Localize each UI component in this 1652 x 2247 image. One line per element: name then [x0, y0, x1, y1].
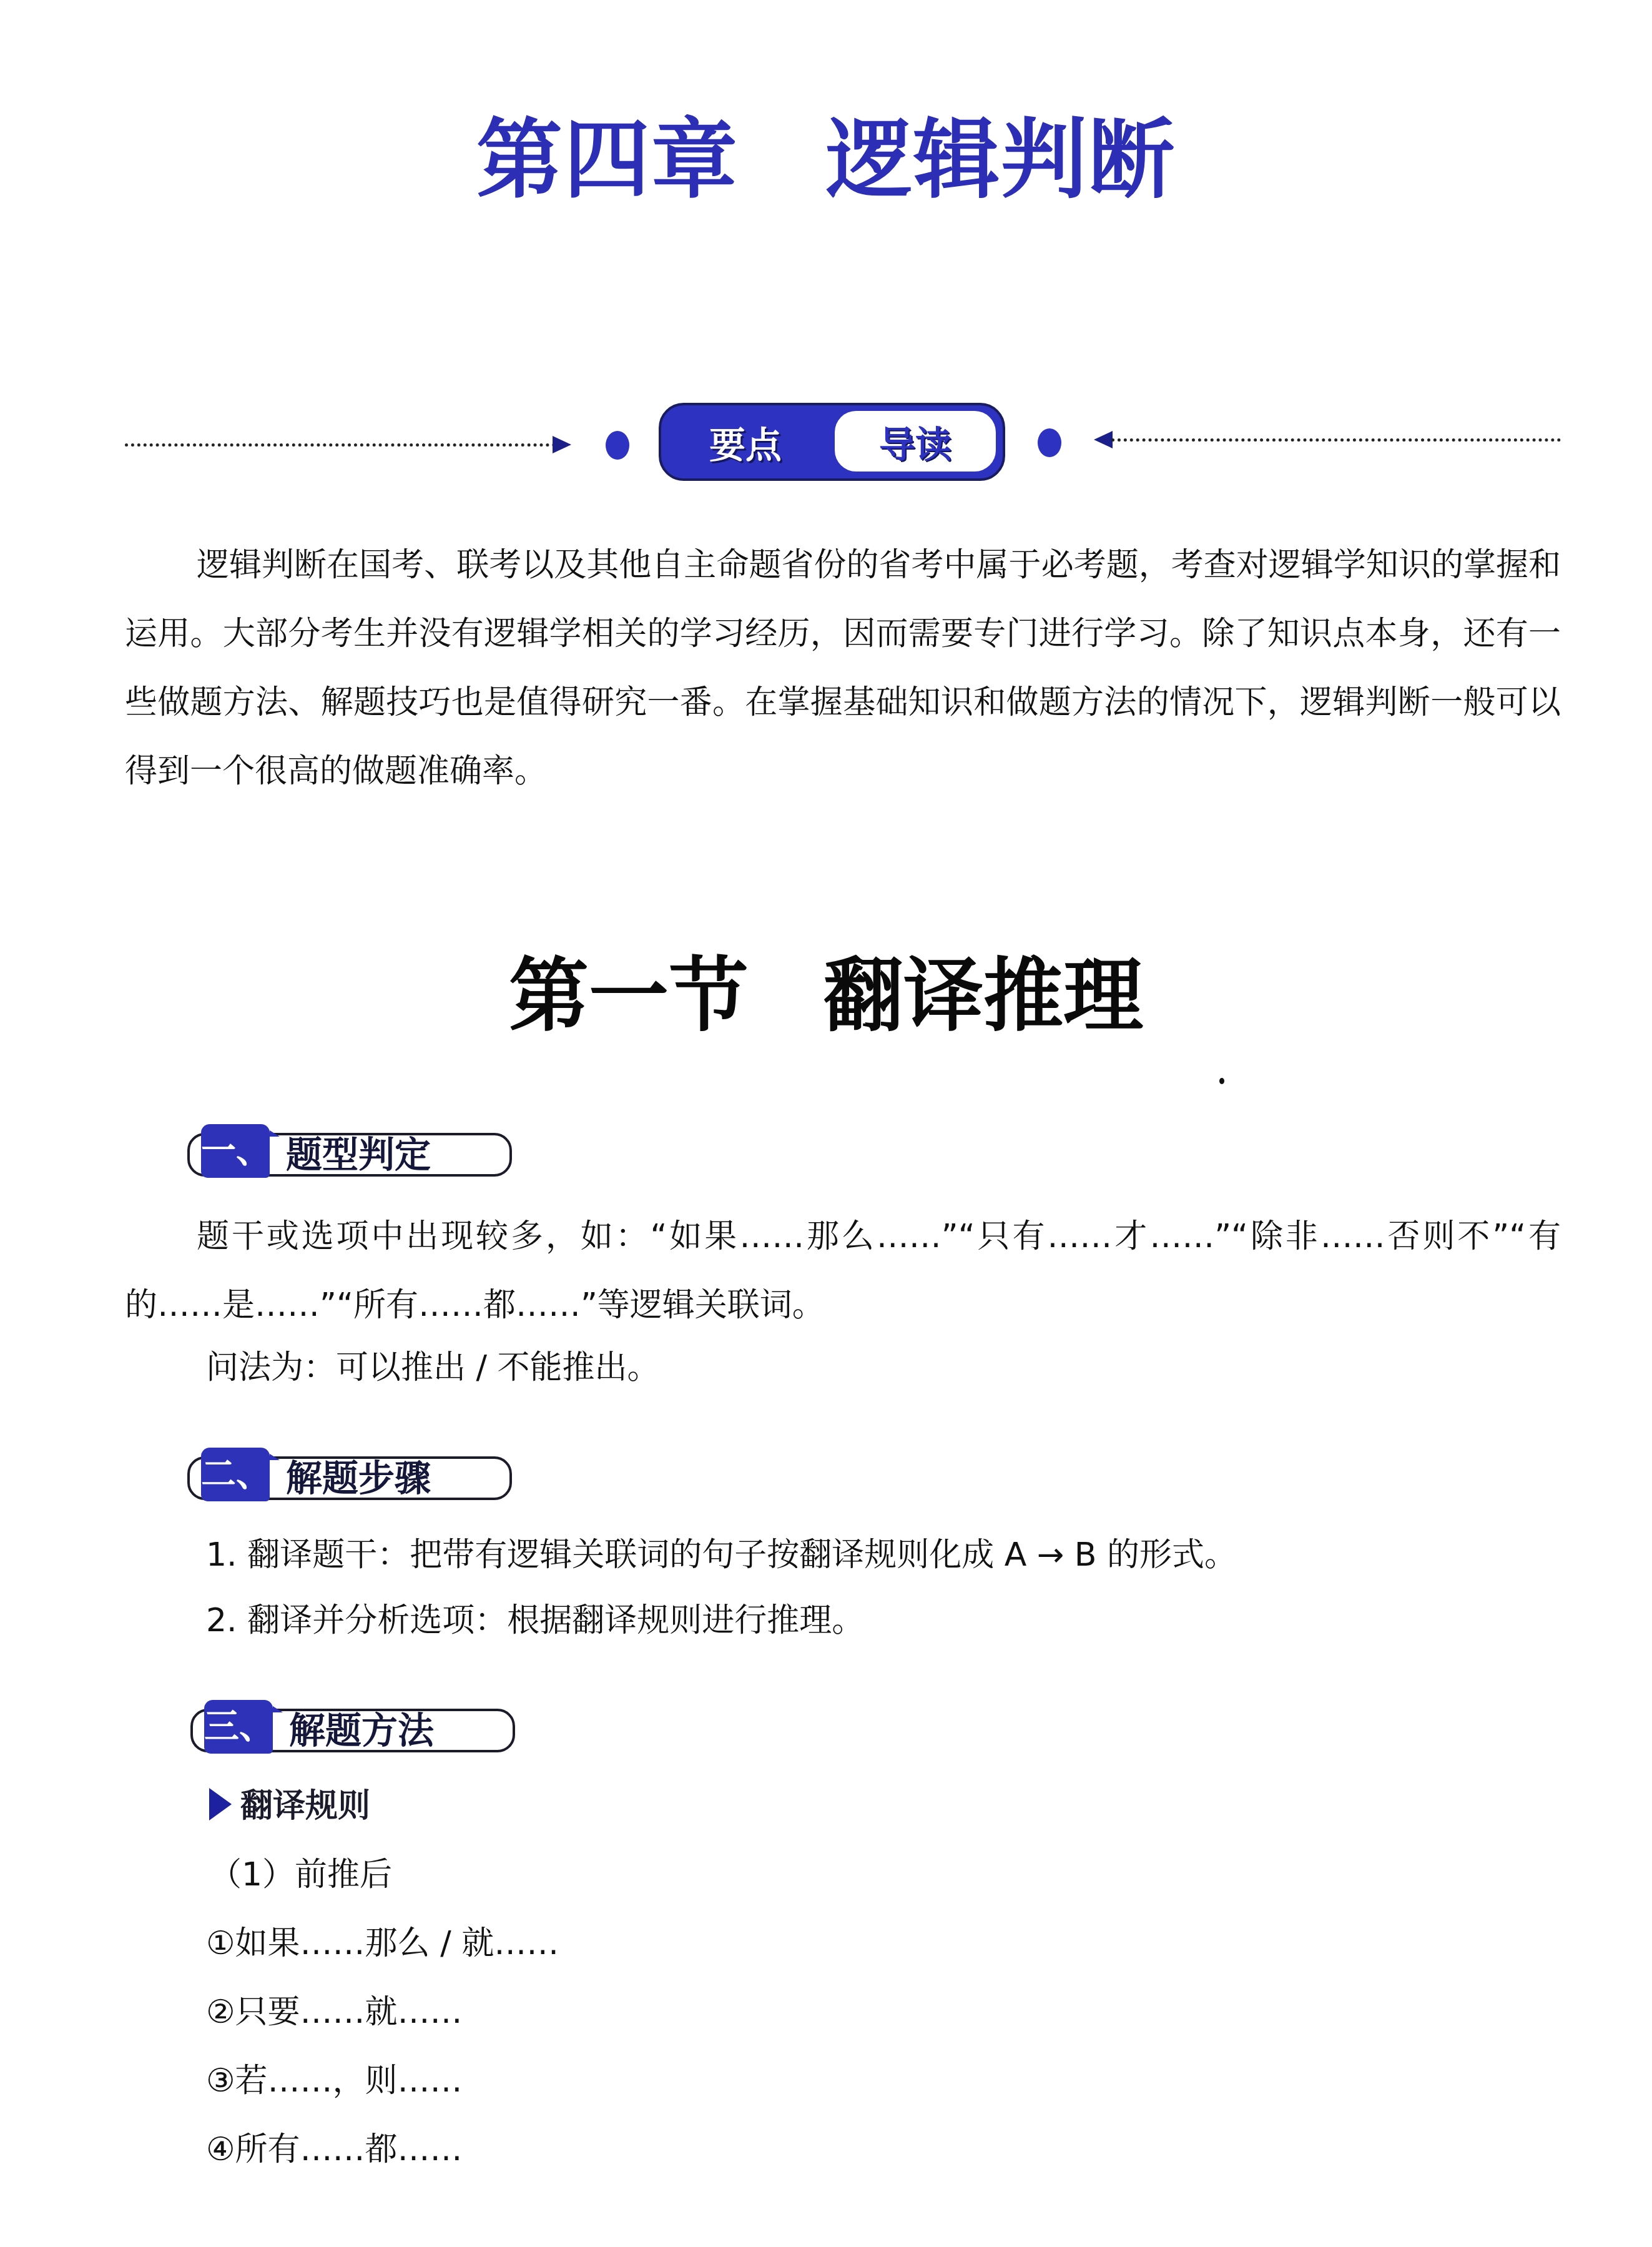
subsection-header-solving-methods: 三、 解题方法	[190, 1700, 521, 1756]
header-number: 三、	[204, 1700, 273, 1754]
banner-right-dot-icon	[1038, 428, 1061, 457]
section-number: 第一节	[509, 949, 749, 1043]
step-2: 2. 翻译并分析选项：根据翻译规则进行推理。	[206, 1596, 864, 1646]
question-type-ask-line: 问法为：可以推出 / 不能推出。	[206, 1343, 660, 1393]
banner-left-dotted-line	[125, 443, 556, 447]
rule-subheading: （1）前推后	[209, 1850, 392, 1900]
arrow-right-icon	[553, 436, 571, 453]
question-type-paragraph: 题干或选项中出现较多，如：“如果……那么……”“只有……才……”“除非……否则不…	[125, 1202, 1561, 1340]
banner-left-dot-icon	[606, 431, 629, 460]
header-title: 题型判定	[286, 1133, 431, 1177]
subsection-header-question-type: 一、 题型判定	[187, 1124, 518, 1180]
chapter-title: 第四章逻辑判断	[0, 106, 1652, 212]
rule-heading: 翻译规则	[209, 1781, 370, 1831]
print-speck	[1219, 1078, 1224, 1084]
section-title: 第一节翻译推理	[0, 946, 1652, 1046]
intro-paragraph: 逻辑判断在国考、联考以及其他自主命题省份的省考中属于必考题，考查对逻辑学知识的掌…	[125, 531, 1561, 806]
subsection-header-solving-steps: 二、 解题步骤	[187, 1448, 518, 1504]
arrow-left-icon	[1094, 431, 1113, 448]
step-1: 1. 翻译题干：把带有逻辑关联词的句子按翻译规则化成 A → B 的形式。	[206, 1530, 1237, 1580]
triangle-bullet-icon	[209, 1788, 232, 1820]
banner-label-guide: 导读	[835, 411, 996, 472]
header-title: 解题方法	[289, 1709, 434, 1752]
section-name: 翻译推理	[824, 949, 1143, 1043]
rule-item-3: ③若……，则……	[206, 2056, 463, 2106]
header-title: 解题步骤	[286, 1456, 431, 1500]
rule-item-1: ①如果……那么 / 就……	[206, 1919, 559, 1968]
rule-heading-text: 翻译规则	[240, 1787, 370, 1825]
rule-item-4: ④所有……都……	[206, 2125, 463, 2175]
header-number: 一、	[201, 1124, 270, 1178]
key-points-banner: 要点 导读	[659, 403, 1005, 481]
chapter-name: 逻辑判断	[826, 108, 1176, 210]
banner-right-dotted-line	[1111, 438, 1561, 442]
header-number: 二、	[201, 1448, 270, 1501]
rule-item-2: ②只要……就……	[206, 1987, 463, 2037]
chapter-number: 第四章	[476, 108, 739, 210]
banner-label-key-points: 要点	[661, 405, 830, 478]
